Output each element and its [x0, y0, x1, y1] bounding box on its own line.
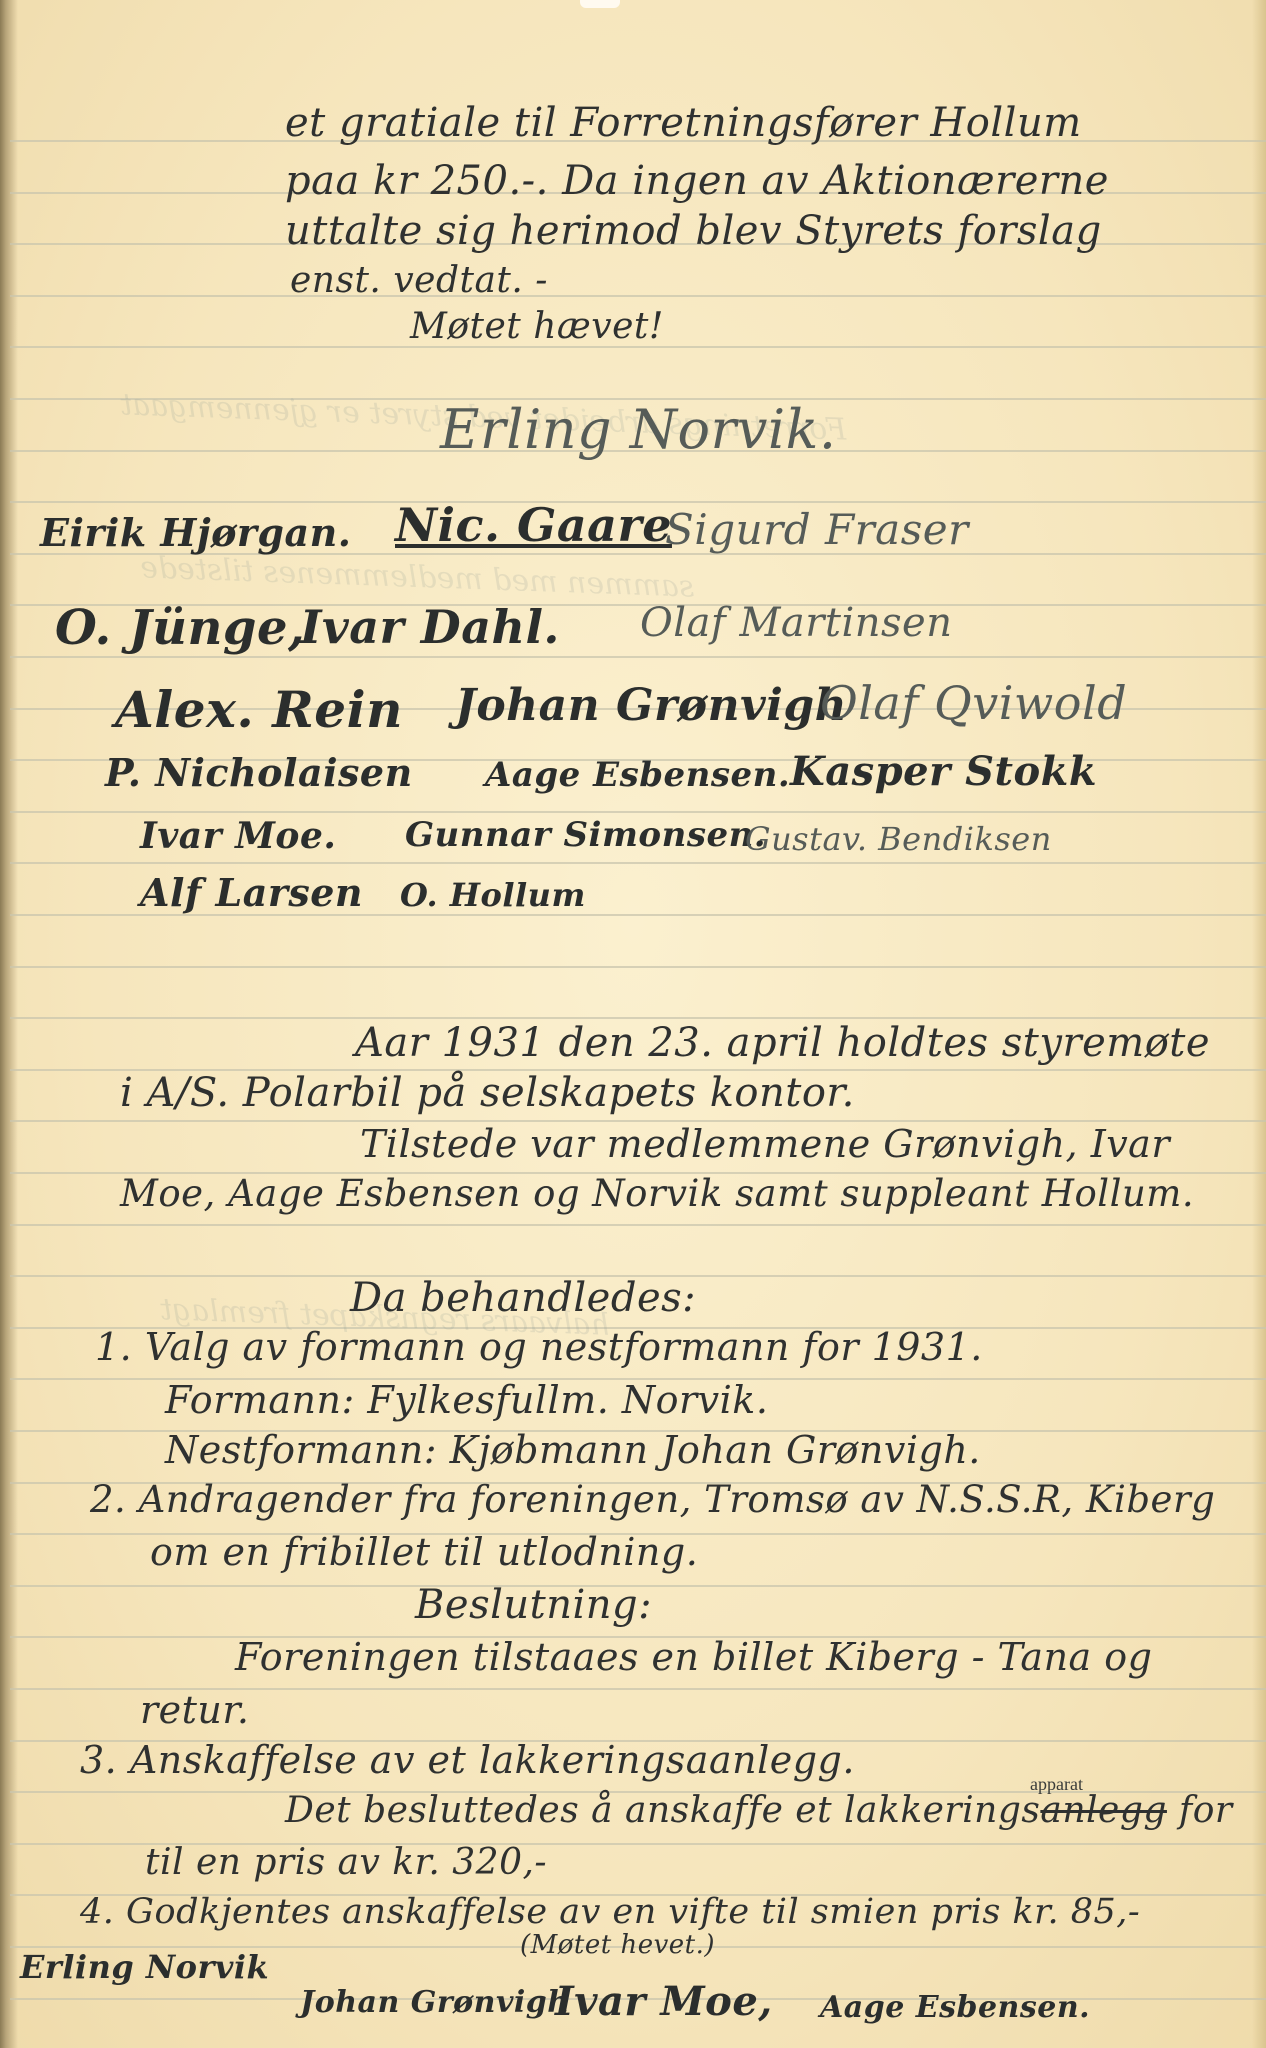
text-line: et gratiale til Forretningsfører Hollum [285, 100, 1082, 146]
signature: O. Hollum [400, 876, 586, 914]
signature: Nic. Gaare [395, 498, 672, 552]
ruled-line [10, 862, 1266, 864]
ruled-line [10, 1017, 1266, 1019]
item-number: 3. [80, 1738, 117, 1782]
signature: Ivar Moe, [555, 1978, 773, 2025]
minutes-intro: i A/S. Polarbil på selskapets kontor. [120, 1070, 855, 1116]
decision-text-part: Det besluttedes å anskaffe et lakkerings [285, 1790, 1040, 1831]
decision-heading: Beslutning: [415, 1582, 652, 1628]
signature: Ivar Moe. [140, 815, 336, 857]
signature: O. Jünge, [55, 600, 305, 656]
decision-text-part: for [1179, 1790, 1233, 1831]
signature: Johan Grønvigh [300, 1985, 570, 2020]
signature: P. Nicholaisen [105, 750, 413, 795]
agenda-item-2: 2. Andragender fra foreningen, Tromsø av… [90, 1478, 1215, 1521]
signature: Gustav. Bendiksen [745, 820, 1052, 858]
item-title: Anskaffelse av et lakkeringsaanlegg. [130, 1738, 855, 1782]
signature: Johan Grønvigh [455, 680, 847, 731]
meeting-closed: Møtet hævet! [410, 306, 664, 347]
decision-text: Foreningen tilstaaes en billet Kiberg - … [235, 1635, 1152, 1679]
ruled-line [10, 1224, 1266, 1226]
signature: Kasper Stokk [790, 748, 1097, 795]
signature: Aage Esbensen. [485, 755, 790, 795]
decision-text: til en pris av kr. 320,- [145, 1842, 547, 1883]
ruled-line [10, 656, 1266, 658]
attendees: Moe, Aage Esbensen og Norvik samt supple… [120, 1172, 1194, 1215]
ruled-line [10, 966, 1266, 968]
signature: Aage Esbensen. [820, 1990, 1090, 2025]
signature: Gunnar Simonsen. [405, 815, 766, 855]
ledger-page: Forretnings arbeidet ved styret er gjenn… [0, 0, 1266, 2048]
signature: Alf Larsen [140, 870, 363, 915]
item-detail: om en fribillet til utlodning. [150, 1530, 698, 1574]
agenda-item-3: 3. Anskaffelse av et lakkeringsaanlegg. [80, 1738, 855, 1782]
agenda-heading: Da behandledes: [350, 1275, 696, 1321]
item-number: 2. [90, 1478, 126, 1521]
item-title: Andragender fra foreningen, Tromsø av N.… [139, 1478, 1216, 1521]
item-detail: Formann: Fylkesfullm. Norvik. [165, 1378, 768, 1422]
item-number: 1. [95, 1325, 132, 1369]
item-detail: Nestformann: Kjøbmann Johan Grønvigh. [165, 1428, 981, 1472]
item-number: 4. [80, 1892, 114, 1932]
signature: Ivar Dahl. [300, 600, 560, 654]
agenda-item-4: 4. Godkjentes anskaffelse av en vifte ti… [80, 1892, 1140, 1932]
attendees: Tilstede var medlemmene Grønvigh, Ivar [360, 1122, 1170, 1166]
signature: Erling Norvik [20, 1948, 269, 1986]
minutes-intro: Aar 1931 den 23. april holdtes styremøte [355, 1020, 1210, 1066]
signature: Olaf Martinsen [640, 600, 952, 646]
signature: Erling Norvik. [440, 398, 837, 461]
item-title: Godkjentes anskaffelse av en vifte til s… [126, 1892, 1140, 1932]
signature: Alex. Rein [115, 680, 403, 739]
item-title: Valg av formann og nestformann for 1931. [145, 1325, 983, 1369]
ruled-line [10, 811, 1266, 813]
text-line: uttalte sig herimod blev Styrets forslag [285, 208, 1102, 254]
decision-text: Det besluttedes å anskaffe et lakkerings… [285, 1790, 1233, 1831]
text-line: enst. vedtat. - [290, 260, 548, 301]
decision-text: retur. [140, 1688, 249, 1732]
inserted-word: apparat [1030, 1774, 1083, 1795]
signature: Olaf Qviwold [820, 676, 1127, 730]
signature: Eirik Hjørgan. [40, 510, 351, 555]
signature: Sigurd Fraser [665, 505, 969, 554]
meeting-closed: (Møtet hevet.) [520, 1930, 715, 1960]
struck-word: anlegg [1040, 1790, 1167, 1831]
text-line: paa kr 250.-. Da ingen av Aktionærerne [285, 158, 1109, 204]
agenda-item-1: 1. Valg av formann og nestformann for 19… [95, 1325, 983, 1369]
ruled-line [10, 295, 1266, 297]
